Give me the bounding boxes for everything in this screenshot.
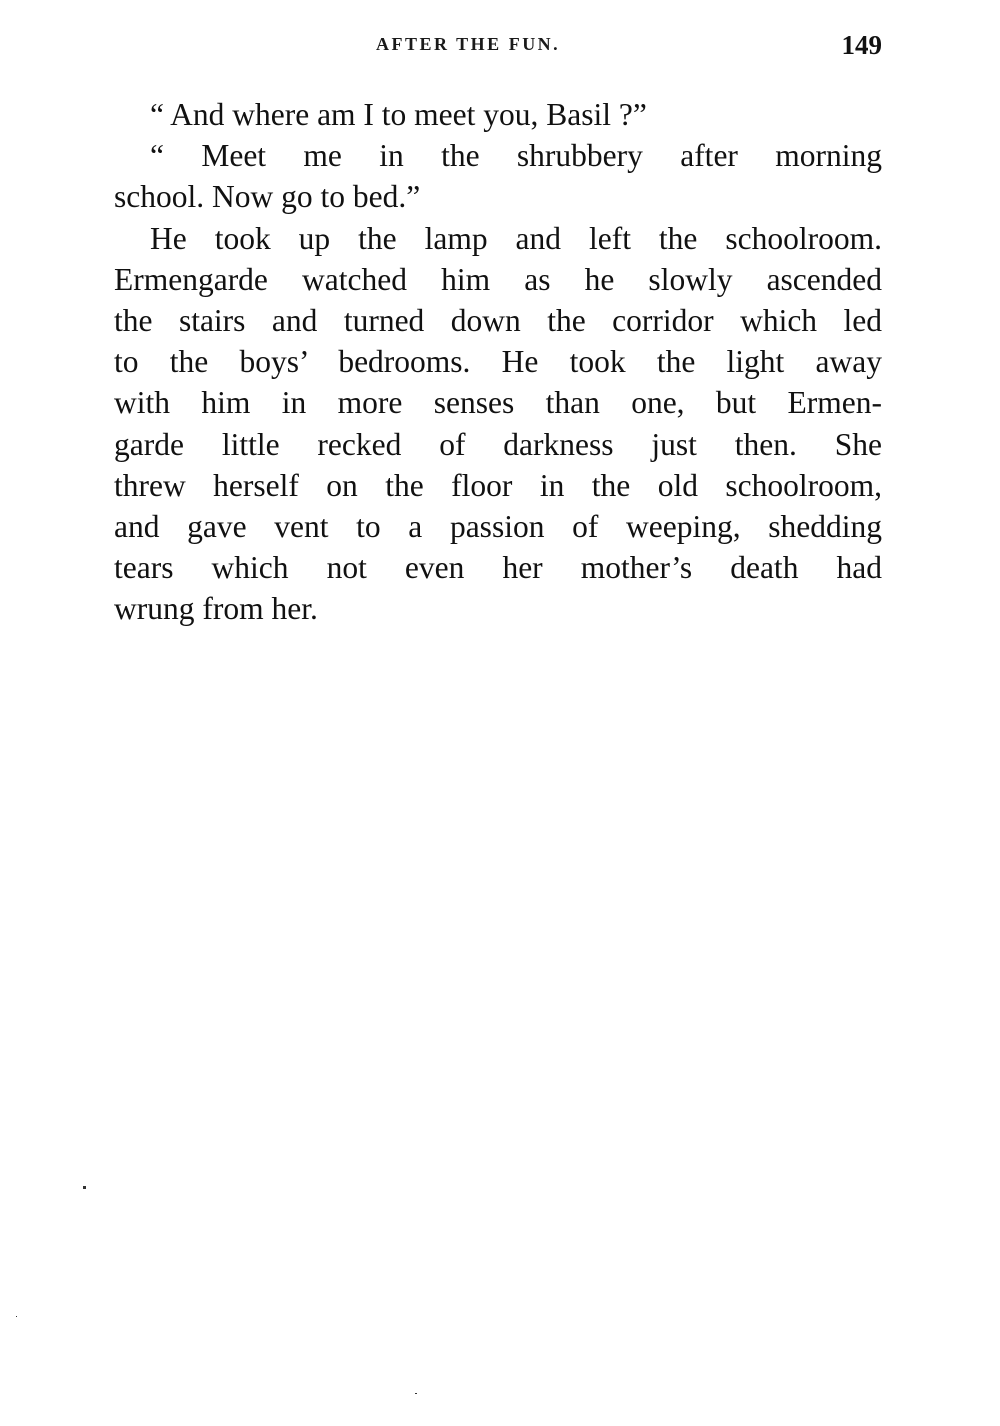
- body-text: “ And where am I to meet you, Basil ?” “…: [114, 94, 882, 629]
- paragraph-3-line-4: to the boys’ bedrooms. He took the light…: [114, 341, 882, 382]
- paragraph-2-line-1: “ Meet me in the shrubbery after morning: [114, 135, 882, 176]
- paragraph-3-line-10: wrung from her.: [114, 588, 882, 629]
- book-page: AFTER THE FUN. 149 “ And where am I to m…: [0, 0, 1000, 1426]
- running-header: AFTER THE FUN. 149: [114, 30, 882, 64]
- paragraph-1-line-1: “ And where am I to meet you, Basil ?”: [114, 94, 882, 135]
- scan-speck: [83, 1186, 86, 1189]
- paragraph-2-line-2: school. Now go to bed.”: [114, 176, 882, 217]
- paragraph-3-line-1: He took up the lamp and left the schoolr…: [114, 218, 882, 259]
- scan-speck: [415, 1393, 417, 1394]
- scan-speck: [16, 1316, 17, 1317]
- paragraph-3-line-7: threw herself on the floor in the old sc…: [114, 465, 882, 506]
- paragraph-3-line-2: Ermengarde watched him as he slowly asce…: [114, 259, 882, 300]
- running-title: AFTER THE FUN.: [376, 34, 560, 55]
- paragraph-3-line-8: and gave vent to a passion of weeping, s…: [114, 506, 882, 547]
- paragraph-3-line-6: garde little recked of darkness just the…: [114, 424, 882, 465]
- paragraph-3-line-5: with him in more senses than one, but Er…: [114, 382, 882, 423]
- page-number: 149: [842, 30, 883, 61]
- paragraph-3-line-3: the stairs and turned down the corridor …: [114, 300, 882, 341]
- paragraph-3-line-9: tears which not even her mother’s death …: [114, 547, 882, 588]
